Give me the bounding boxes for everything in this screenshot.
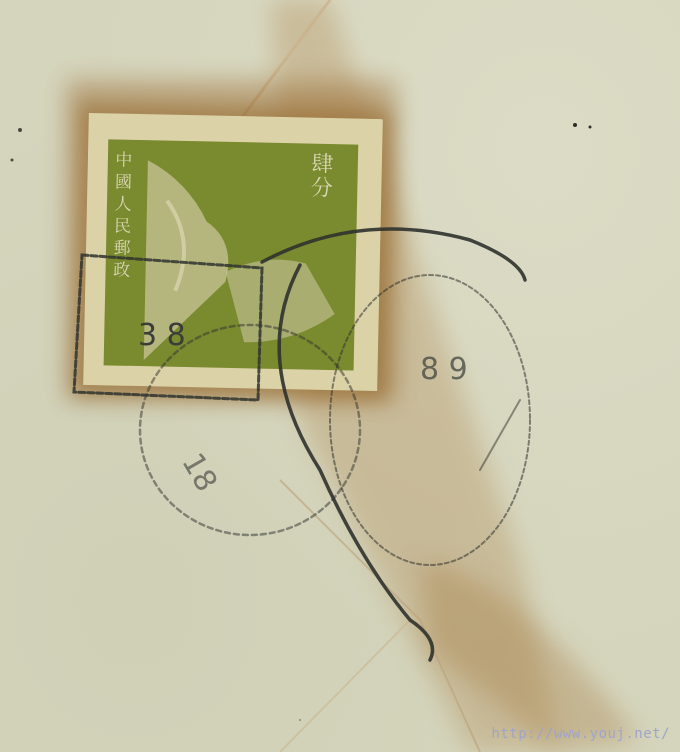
box-cancel-digits: 3 8 — [138, 318, 186, 353]
round-cancel-date-digits: 8 9 — [420, 352, 468, 387]
watermark-url: http://www.youj.net/ — [491, 726, 670, 742]
envelope-photo: 中國人民郵政 肆分 3 8 8 9 18 http://www.youj.net… — [0, 0, 680, 752]
postmark-overlay — [0, 0, 680, 752]
